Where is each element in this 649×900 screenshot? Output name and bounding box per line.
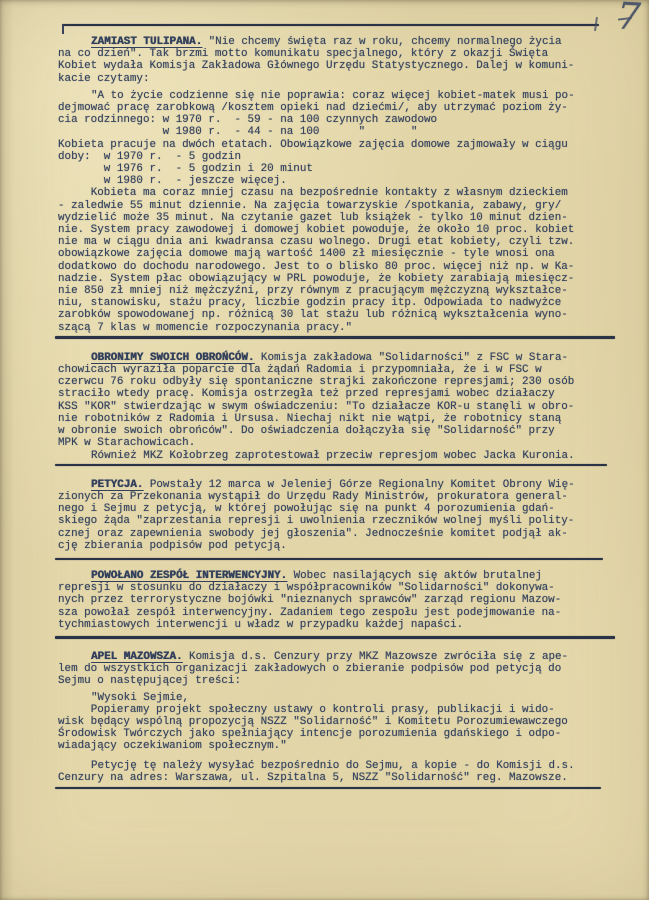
section-divider bbox=[55, 464, 607, 466]
section-divider bbox=[55, 558, 603, 560]
section-zamiast-tulipana: ZAMIAST TULIPANA. "Nie chcemy święta raz… bbox=[58, 36, 607, 334]
section-petycja: PETYCJA. Powstały 12 marca w Jeleniej Gó… bbox=[58, 479, 607, 552]
section-heading: ZAMIAST TULIPANA. bbox=[91, 36, 202, 48]
section-divider bbox=[55, 787, 601, 789]
paragraph: Petycję tę należy wysyłać bezpośrednio d… bbox=[58, 760, 607, 784]
text-column: ZAMIAST TULIPANA. "Nie chcemy święta raz… bbox=[58, 0, 607, 789]
section-apel-mazowsza: APEL MAZOWSZA. Komisja d.s. Cenzury przy… bbox=[58, 651, 607, 784]
handwritten-page-number: 7 bbox=[616, 0, 642, 37]
section-heading: POWOŁANO ZESPÓŁ INTERWENCYJNY. bbox=[91, 570, 287, 582]
paragraph: PETYCJA. Powstały 12 marca w Jeleniej Gó… bbox=[58, 479, 607, 552]
paragraph: Również MKZ Kołobrzeg zaprotestował prze… bbox=[58, 450, 607, 462]
paragraph: "Wysoki Sejmie, Popieramy projekt społec… bbox=[58, 692, 607, 753]
paragraph: POWOŁANO ZESPÓŁ INTERWENCYJNY. Wobec nas… bbox=[58, 570, 607, 631]
paragraph: OBRONIMY SWOICH OBROŃCÓW. Komisja zakład… bbox=[58, 352, 607, 450]
section-heading: PETYCJA. bbox=[91, 479, 143, 491]
section-divider bbox=[55, 636, 615, 639]
section-divider bbox=[55, 336, 615, 339]
section-heading: APEL MAZOWSZA. bbox=[91, 651, 183, 663]
paragraph-text: Komisja zakładowa "Solidarności" z FSC w… bbox=[58, 352, 574, 449]
section-obronimy-swoich-obroncow: OBRONIMY SWOICH OBROŃCÓW. Komisja zakład… bbox=[58, 352, 607, 462]
paragraph: APEL MAZOWSZA. Komisja d.s. Cenzury przy… bbox=[58, 651, 607, 688]
paragraph: ZAMIAST TULIPANA. "Nie chcemy święta raz… bbox=[58, 36, 607, 85]
section-heading: OBRONIMY SWOICH OBROŃCÓW. bbox=[91, 352, 254, 364]
paragraph: "A to życie codzienne się nie poprawia: … bbox=[58, 90, 607, 334]
top-rule bbox=[62, 24, 599, 26]
section-powolano-zespol-interwencyjny: POWOŁANO ZESPÓŁ INTERWENCYJNY. Wobec nas… bbox=[58, 570, 607, 631]
scanned-page: 7 ZAMIAST TULIPANA. "Nie chcemy święta r… bbox=[0, 0, 649, 900]
